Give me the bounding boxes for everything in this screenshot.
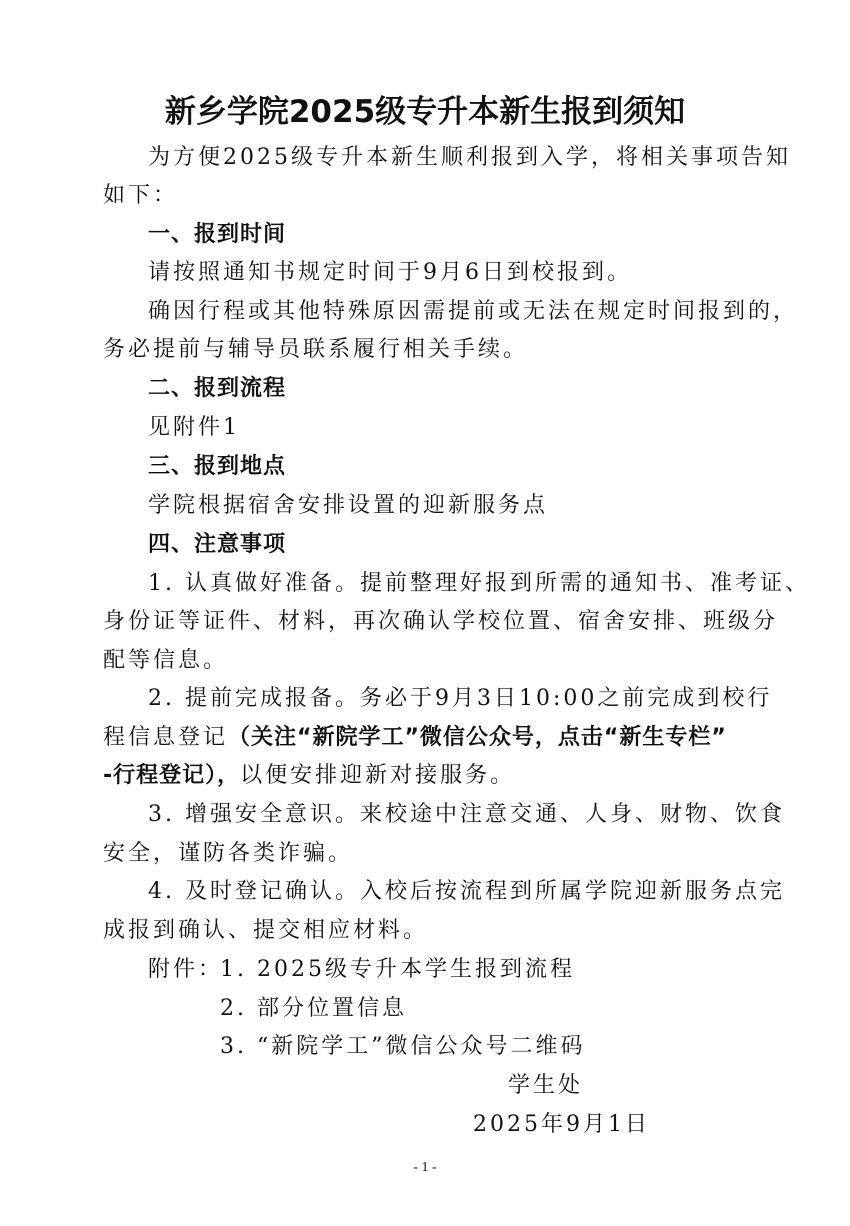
- note-2-line-3-plain: 以便安排迎新对接服务。: [240, 763, 515, 788]
- intro-line-2: 如下：: [103, 181, 178, 211]
- note-2-line-2-bold: （关注“新院学工”微信公众号，点击“新生专栏”: [228, 725, 727, 750]
- document-page: 新乡学院2025级专升本新生报到须知 为方便2025级专升本新生顺利报到入学，将…: [0, 0, 850, 1226]
- attachment-item-2: 2. 部分位置信息: [220, 994, 407, 1024]
- section-heading-process: 二、报到流程: [148, 374, 286, 404]
- note-2-line-2: 程信息登记（关注“新院学工”微信公众号，点击“新生专栏”: [103, 723, 727, 753]
- note-1-line-2: 身份证等证件、材料，再次确认学校位置、宿舍安排、班级分: [103, 607, 778, 637]
- signature-date: 2025年9月1日: [473, 1110, 650, 1140]
- signature-issuer: 学生处: [508, 1071, 583, 1101]
- note-3-line-2: 安全，谨防各类诈骗。: [103, 839, 353, 869]
- note-2-line-2-plain: 程信息登记: [103, 725, 228, 750]
- note-4-line-1: 4. 及时登记确认。入校后按流程到所属学院迎新服务点完: [148, 877, 785, 907]
- attachments-label: 附件：: [148, 955, 223, 985]
- note-4-line-2: 成报到确认、提交相应材料。: [103, 916, 428, 946]
- section-time-paragraph-3: 务必提前与辅导员联系履行相关手续。: [103, 335, 528, 365]
- section-time-paragraph-1: 请按照通知书规定时间于9月6日到校报到。: [148, 258, 632, 288]
- document-title: 新乡学院2025级专升本新生报到须知: [0, 92, 850, 132]
- attachment-item-1: 1. 2025级专升本学生报到流程: [220, 955, 575, 985]
- section-heading-notes: 四、注意事项: [148, 530, 286, 560]
- note-1-line-1: 1. 认真做好准备。提前整理好报到所需的通知书、准考证、: [148, 569, 810, 599]
- section-location-paragraph: 学院根据宿舍安排设置的迎新服务点: [148, 491, 548, 521]
- note-2-line-3-bold: -行程登记），: [103, 763, 240, 788]
- note-3-line-1: 3. 增强安全意识。来校途中注意交通、人身、财物、饮食: [148, 800, 785, 830]
- note-2-line-3: -行程登记），以便安排迎新对接服务。: [103, 761, 515, 791]
- intro-line-1: 为方便2025级专升本新生顺利报到入学，将相关事项告知: [148, 143, 791, 173]
- section-heading-location: 三、报到地点: [148, 452, 286, 482]
- page-number: - 1 -: [0, 1160, 850, 1176]
- note-1-line-3: 配等信息。: [103, 646, 228, 676]
- section-time-paragraph-2: 确因行程或其他特殊原因需提前或无法在规定时间报到的，: [148, 297, 798, 327]
- note-2-line-1: 2. 提前完成报备。务必于9月3日10:00之前完成到校行: [148, 684, 772, 714]
- attachment-item-3: 3. “新院学工”微信公众号二维码: [220, 1032, 585, 1062]
- section-process-paragraph: 见附件1: [148, 413, 240, 443]
- section-heading-time: 一、报到时间: [148, 220, 286, 250]
